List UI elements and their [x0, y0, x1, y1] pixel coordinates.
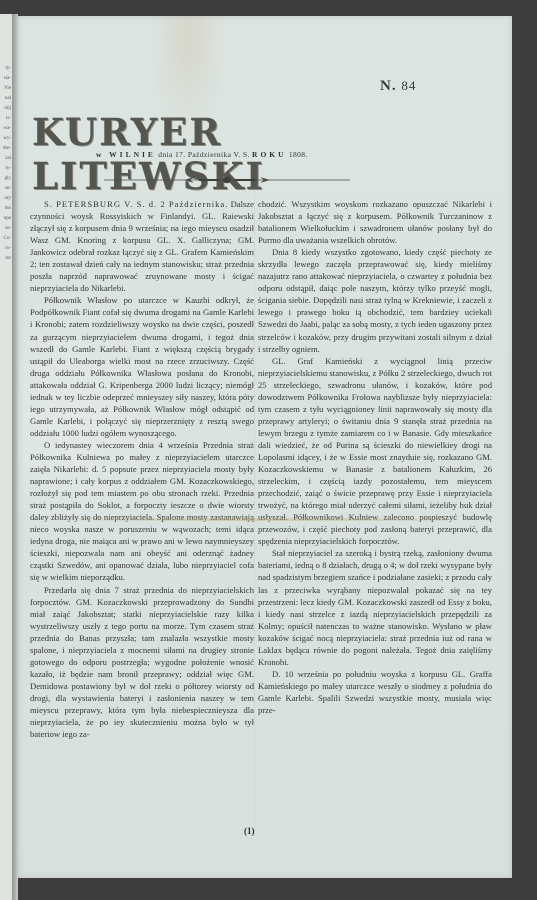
dateline-year-label: ROKU — [252, 150, 287, 159]
dateline: w WILNIE dnia 17. Paździer­nika V. S. RO… — [96, 150, 396, 159]
article-column-left: S. PETERSBURG V. S. d. 2 Paździer­nika. … — [30, 198, 254, 740]
previous-page-text-fragments: ty- sia- Vie nal niij is- wa- wy- dre- z… — [3, 64, 11, 264]
page-fold-line — [254, 186, 255, 836]
issue-number: N. 84 — [380, 78, 416, 95]
paragraph: D. 10 września po południu woyska z korp… — [258, 668, 492, 716]
page-folio: (1) — [244, 826, 255, 836]
paragraph-text: Dalsze czynności woysk Rossyiskich w Fin… — [30, 199, 254, 293]
document-viewer: ty- sia- Vie nal niij is- wa- wy- dre- z… — [0, 0, 537, 900]
paragraph: chodzić. Wszystkim woyskom rozkazano opu… — [258, 198, 492, 246]
paragraph: Stał nieprzyiaciel za szeroką i bystrą r… — [258, 547, 492, 667]
issue-number-value: 84 — [401, 78, 416, 93]
paragraph: Półkownik Własłow po utarczce w Kauzbi o… — [30, 294, 254, 439]
paper-stain — [28, 518, 448, 521]
paragraph: S. PETERSBURG V. S. d. 2 Paździer­nika. … — [30, 198, 254, 294]
paragraph: Dnia 8 kiedy wszystko zgotowano, kiedy c… — [258, 246, 492, 354]
article-column-right: chodzić. Wszystkim woyskom rozkazano opu… — [258, 198, 492, 716]
paragraph: O iedynastey wieczorem dnia 4 września P… — [30, 439, 254, 584]
issue-prefix: N. — [380, 78, 397, 94]
dateline-year: 1808. — [289, 150, 308, 159]
previous-page-edge[interactable]: ty- sia- Vie nal niij is- wa- wy- dre- z… — [0, 14, 12, 900]
paragraph: Przedarła się dnia 7 straż przednia do n… — [30, 584, 254, 741]
dateline-place: w WILNIE — [96, 150, 156, 159]
dateline-date: dnia 17. Paździer­nika V. S. — [158, 150, 250, 159]
ornamental-divider-icon — [104, 176, 350, 184]
article-dateline: S. PETERSBURG V. S. d. 2 Paździer­nika. — [44, 199, 228, 209]
newspaper-page: N. 84 KURYER LITEWSKI w WILNIE dnia 17. … — [18, 16, 512, 878]
